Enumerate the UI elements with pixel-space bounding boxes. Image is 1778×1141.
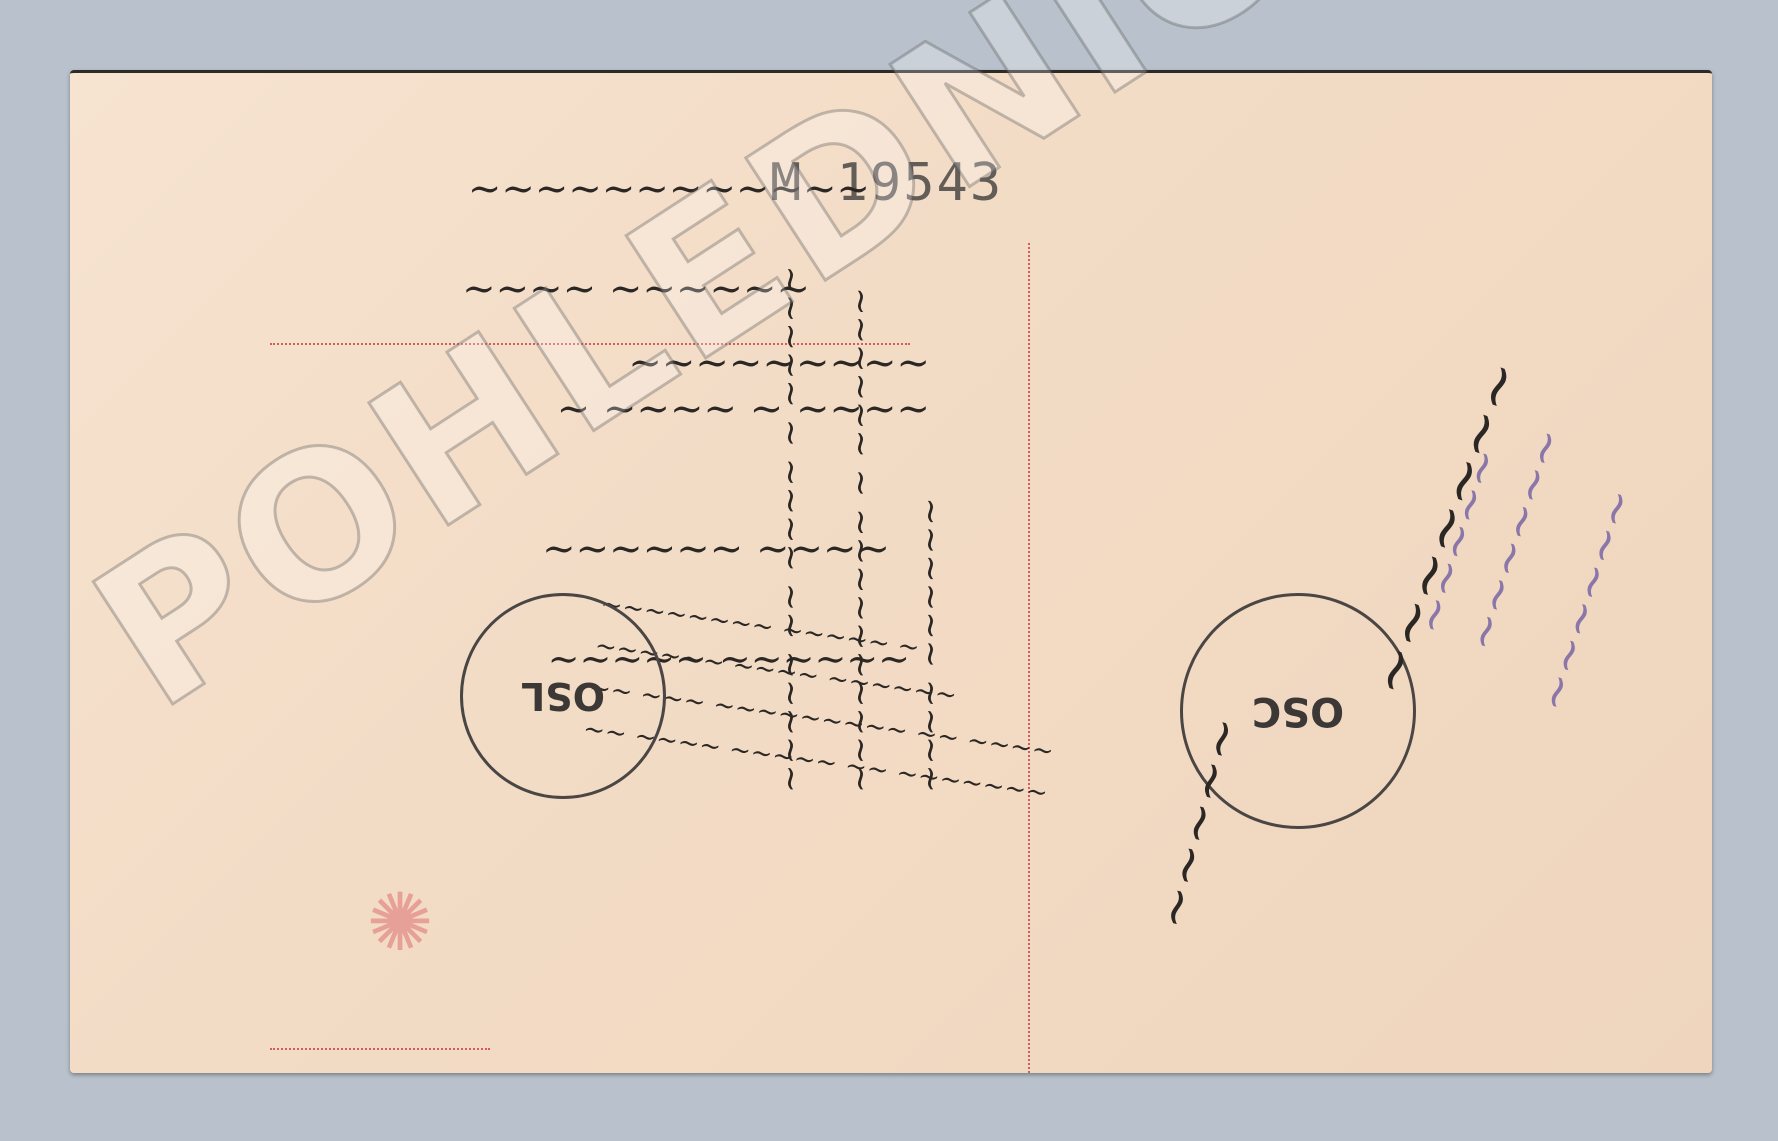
red-emblem-icon: ✺ xyxy=(350,873,450,973)
postmark-left: OSL xyxy=(460,593,666,799)
address-line-lower xyxy=(270,1048,490,1050)
violet-ink-notes: ~~~~~ ~~~~~~ ~~~~~~ xyxy=(1310,213,1610,1013)
